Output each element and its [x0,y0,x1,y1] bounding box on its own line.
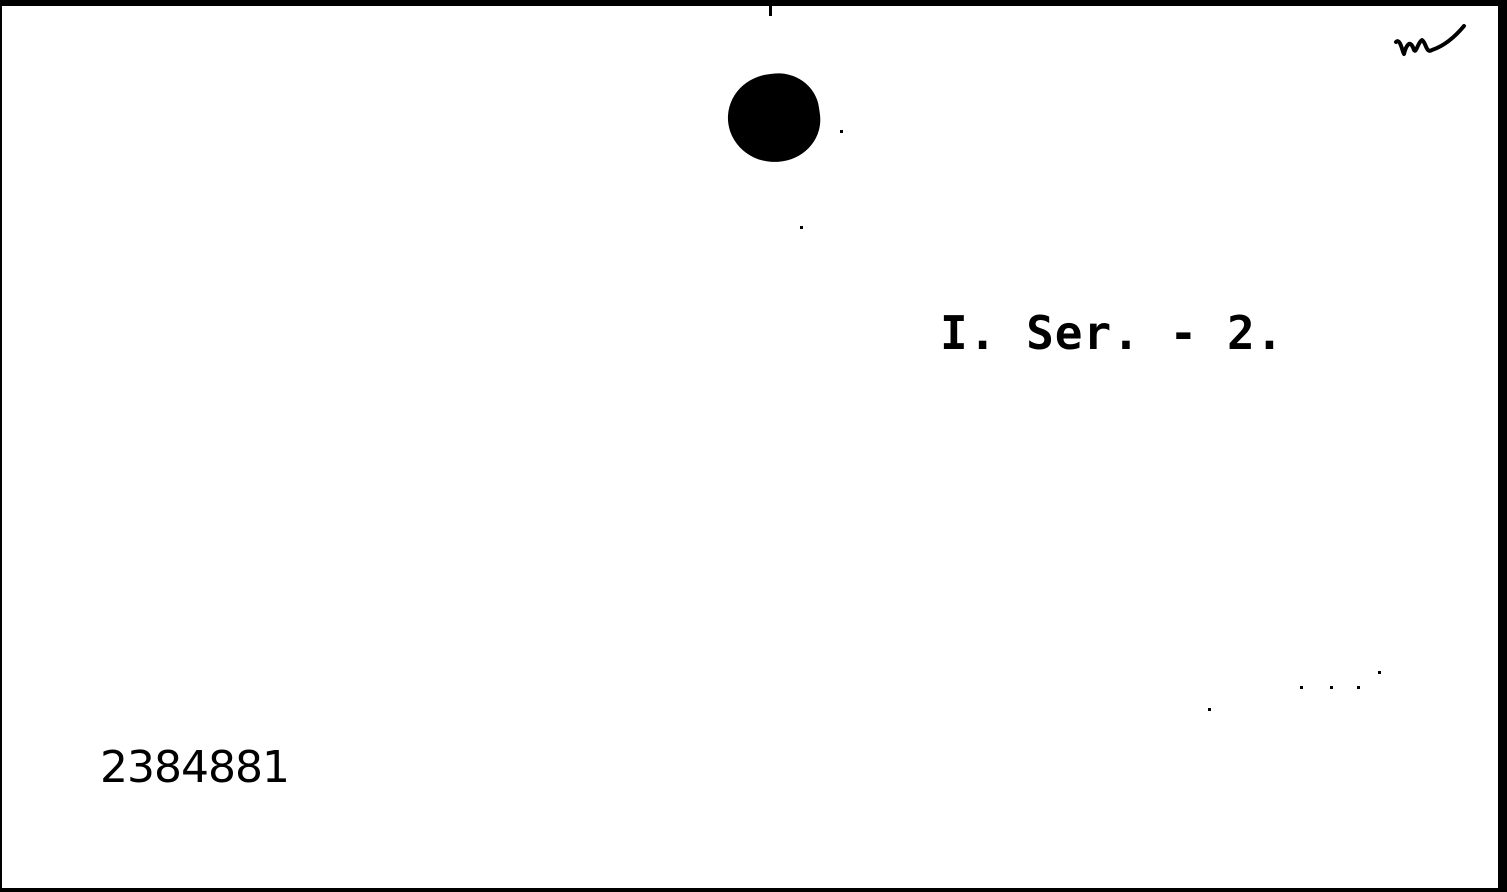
handwritten-initials [1392,20,1472,66]
card-number: 2384881 [100,742,289,793]
index-card: I. Ser. - 2. 2384881 [2,6,1498,888]
speck [1300,686,1303,689]
speck [800,226,803,229]
speck [1330,686,1333,689]
top-edge-mark [769,0,772,16]
series-label: I. Ser. - 2. [940,306,1284,360]
speck [1208,708,1211,711]
speck [840,130,843,133]
speck [1378,671,1381,674]
punch-hole [722,68,825,168]
speck [1357,686,1360,689]
